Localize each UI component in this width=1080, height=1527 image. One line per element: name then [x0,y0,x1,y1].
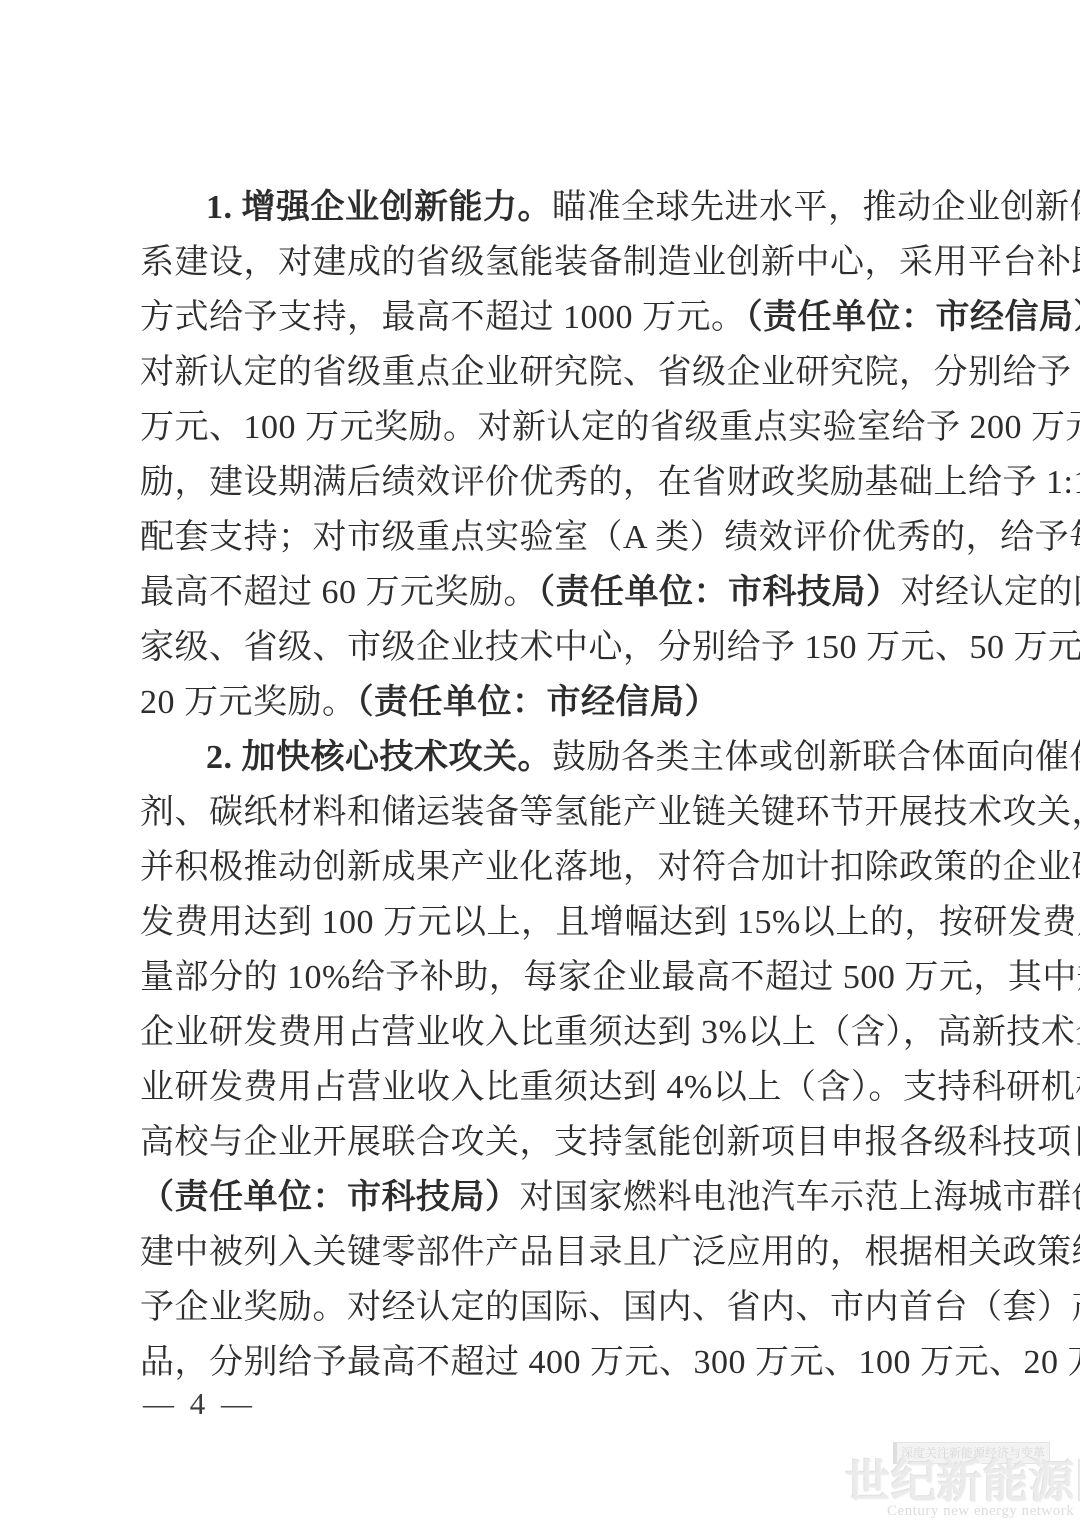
text-line: 家级、省级、市级企业技术中心，分别给予 150 万元、50 万元、 [140,620,948,675]
body-text: 企业研发费用占营业收入比重须达到 3%以上（含），高新技术企 [140,1014,1080,1051]
text-line: 对新认定的省级重点企业研究院、省级企业研究院，分别给予 300 [140,345,948,400]
body-text: 发费用达到 100 万元以上，且增幅达到 15%以上的，按研发费用增 [140,904,1080,941]
text-line: 20 万元奖励。（责任单位：市经信局） [140,675,948,730]
watermark-brand-logo: 世纪新能源网 [845,1456,1080,1508]
body-text: 业研发费用占营业收入比重须达到 4%以上（含）。支持科研机构、 [140,1069,1080,1106]
page-number: — 4 — [143,1386,256,1422]
emphasized-text: 2. 加快核心技术攻关。 [206,739,552,776]
body-text: 并积极推动创新成果产业化落地，对符合加计扣除政策的企业研 [140,849,1080,886]
emphasized-text: （责任单位：市经信局） [746,299,1080,336]
body-text: 配套支持；对市级重点实验室（A 类）绩效评价优秀的，给予每家 [140,519,1080,556]
body-text: 对国家燃料电池汽车示范上海城市群创 [520,1179,1080,1216]
text-line: 企业研发费用占营业收入比重须达到 3%以上（含），高新技术企 [140,1005,948,1060]
text-line: 2. 加快核心技术攻关。鼓励各类主体或创新联合体面向催化 [140,730,948,785]
body-text: 量部分的 10%给予补助，每家企业最高不超过 500 万元，其中规上 [140,959,1080,996]
watermark-subtitle: Century new energy network [887,1503,1074,1520]
text-line: 励，建设期满后绩效评价优秀的，在省财政奖励基础上给予 1:1 [140,455,948,510]
text-line: （责任单位：市科技局）对国家燃料电池汽车示范上海城市群创 [140,1170,948,1225]
paragraph-item-1: 1. 增强企业创新能力。瞄准全球先进水平，推动企业创新体 系建设，对建成的省级氢… [140,180,948,730]
document-page: 1. 增强企业创新能力。瞄准全球先进水平，推动企业创新体 系建设，对建成的省级氢… [0,0,1080,1527]
paragraph-item-2: 2. 加快核心技术攻关。鼓励各类主体或创新联合体面向催化 剂、碳纸材料和储运装备… [140,730,948,1390]
body-text: 瞄准全球先进水平，推动企业创新体 [552,189,1080,226]
text-line: 量部分的 10%给予补助，每家企业最高不超过 500 万元，其中规上 [140,950,948,1005]
body-text: 对经认定的国 [901,574,1080,611]
body-text: 予企业奖励。对经认定的国际、国内、省内、市内首台（套）产 [140,1289,1080,1326]
emphasized-text: （责任单位：市经信局） [357,684,720,721]
body-text: 系建设，对建成的省级氢能装备制造业创新中心，采用平台补助 [140,244,1080,281]
text-line: 最高不超过 60 万元奖励。（责任单位：市科技局）对经认定的国 [140,565,948,620]
text-line: 高校与企业开展联合攻关，支持氢能创新项目申报各级科技项目。 [140,1115,948,1170]
text-line: 并积极推动创新成果产业化落地，对符合加计扣除政策的企业研 [140,840,948,895]
text-line: 品，分别给予最高不超过 400 万元、300 万元、100 万元、20 万元 [140,1335,948,1390]
emphasized-text: 1. 增强企业创新能力。 [206,189,552,226]
text-line: 发费用达到 100 万元以上，且增幅达到 15%以上的，按研发费用增 [140,895,948,950]
body-text: 鼓励各类主体或创新联合体面向催化 [552,739,1080,776]
body-text: 建中被列入关键零部件产品目录且广泛应用的，根据相关政策给 [140,1234,1080,1271]
text-line: 配套支持；对市级重点实验室（A 类）绩效评价优秀的，给予每家 [140,510,948,565]
body-text: 家级、省级、市级企业技术中心，分别给予 150 万元、50 万元、 [140,629,1080,666]
body-text: 对新认定的省级重点企业研究院、省级企业研究院，分别给予 300 [140,354,1080,391]
body-text: 剂、碳纸材料和储运装备等氢能产业链关键环节开展技术攻关， [140,794,1080,831]
body-text: 最高不超过 60 万元奖励。 [140,574,538,611]
document-body: 1. 增强企业创新能力。瞄准全球先进水平，推动企业创新体 系建设，对建成的省级氢… [140,180,948,1390]
text-line: 系建设，对建成的省级氢能装备制造业创新中心，采用平台补助 [140,235,948,290]
emphasized-text: （责任单位：市科技局） [140,1179,520,1216]
text-line: 1. 增强企业创新能力。瞄准全球先进水平，推动企业创新体 [140,180,948,235]
text-line: 业研发费用占营业收入比重须达到 4%以上（含）。支持科研机构、 [140,1060,948,1115]
body-text: 高校与企业开展联合攻关，支持氢能创新项目申报各级科技项目。 [140,1124,1080,1161]
body-text: 万元、100 万元奖励。对新认定的省级重点实验室给予 200 万元奖 [140,409,1080,446]
text-line: 建中被列入关键零部件产品目录且广泛应用的，根据相关政策给 [140,1225,948,1280]
body-text: 励，建设期满后绩效评价优秀的，在省财政奖励基础上给予 1:1 [140,464,1080,501]
text-line: 予企业奖励。对经认定的国际、国内、省内、市内首台（套）产 [140,1280,948,1335]
text-line: 方式给予支持，最高不超过 1000 万元。（责任单位：市经信局） [140,290,948,345]
text-line: 剂、碳纸材料和储运装备等氢能产业链关键环节开展技术攻关， [140,785,948,840]
body-text: 品，分别给予最高不超过 400 万元、300 万元、100 万元、20 万元 [140,1344,1080,1381]
body-text: 20 万元奖励。 [140,684,357,721]
emphasized-text: （责任单位：市科技局） [538,574,901,611]
body-text: 方式给予支持，最高不超过 1000 万元。 [140,299,746,336]
text-line: 万元、100 万元奖励。对新认定的省级重点实验室给予 200 万元奖 [140,400,948,455]
